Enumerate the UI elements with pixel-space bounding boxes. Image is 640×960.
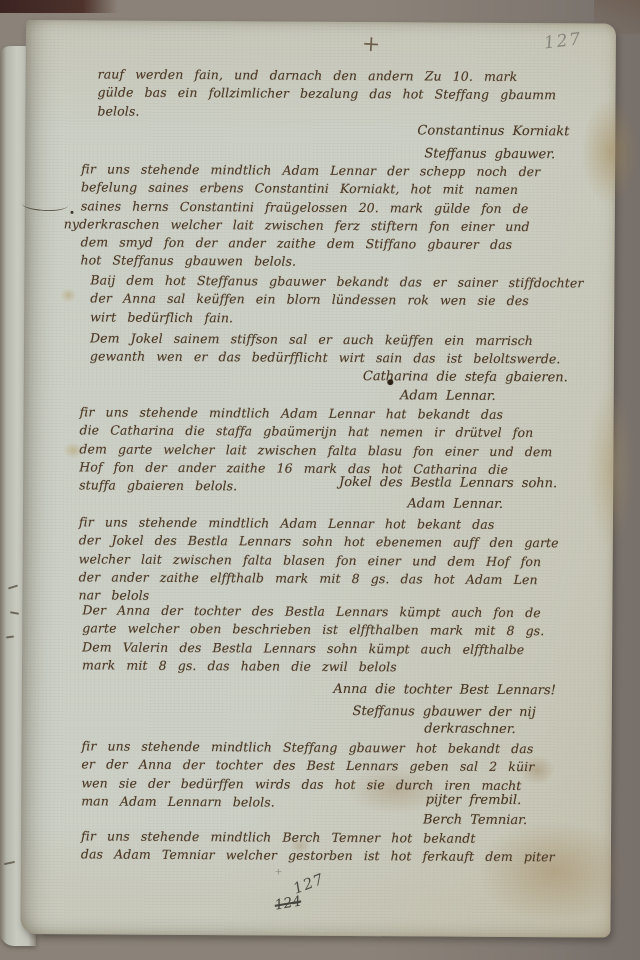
cross-mark: + <box>361 32 381 58</box>
paragraph-2: fir uns stehende mindtlich Adam Lennar d… <box>80 161 540 274</box>
manuscript-line: gewanth wen er das bedürfflicht wirt sai… <box>90 349 561 370</box>
folio-number-crossed-out: 124 <box>273 893 302 913</box>
manuscript-line: belols. <box>97 103 556 124</box>
stain <box>60 288 76 302</box>
signature-line: Anna die tochter Best Lennars! <box>333 682 556 698</box>
signature-line: Steffanus gbauwer. <box>424 146 555 162</box>
manuscript-line: das Adam Temniar welcher gestorben ist h… <box>81 847 555 868</box>
ink-blot <box>387 379 394 385</box>
stain <box>587 387 636 547</box>
signature-line: Adam Lennar. <box>407 496 503 512</box>
signature-line: Constantinus Korniakt <box>417 123 569 139</box>
paragraph-4: Dem Jokel sainem stiffson sal er auch ke… <box>90 330 561 369</box>
signature-line: derkraschner. <box>424 721 515 737</box>
signature-line: Steffanus gbauwer der nij <box>353 704 536 720</box>
signature-line: Berch Temniar. <box>423 812 527 828</box>
paragraph-7: Der Anna der tochter des Bestla Lennars … <box>82 602 544 678</box>
manuscript-line: hot Steffanus gbauwen belols. <box>80 253 539 274</box>
signature-line: pijter frembil. <box>426 792 522 808</box>
paragraph-1: rauf werden fain, und darnach den andern… <box>97 66 556 124</box>
paragraph-9: fir uns stehende mindtlich Berch Temner … <box>81 828 555 867</box>
paragraph-6: fir uns stehende mindtlich Adam Lennar h… <box>78 514 558 608</box>
folio-number-top: 127 <box>543 29 584 53</box>
book-cover-edge <box>0 0 118 13</box>
signature-line: Adam Lennar. <box>400 388 496 404</box>
manuscript-line: mark mit 8 gs. das haben die zwil belols <box>82 657 544 678</box>
stain <box>581 97 640 205</box>
manuscript-line: wirt bedürflich fain. <box>90 309 583 330</box>
tiny-plus-mark: + <box>275 868 283 878</box>
manuscript-page: + 127 rauf werden fain, und darnach den … <box>20 20 616 938</box>
signature-line: Jokel des Bestla Lennars sohn. <box>339 475 557 491</box>
paragraph-3: Baij dem hot Steffanus gbauwer bekandt d… <box>90 272 583 330</box>
